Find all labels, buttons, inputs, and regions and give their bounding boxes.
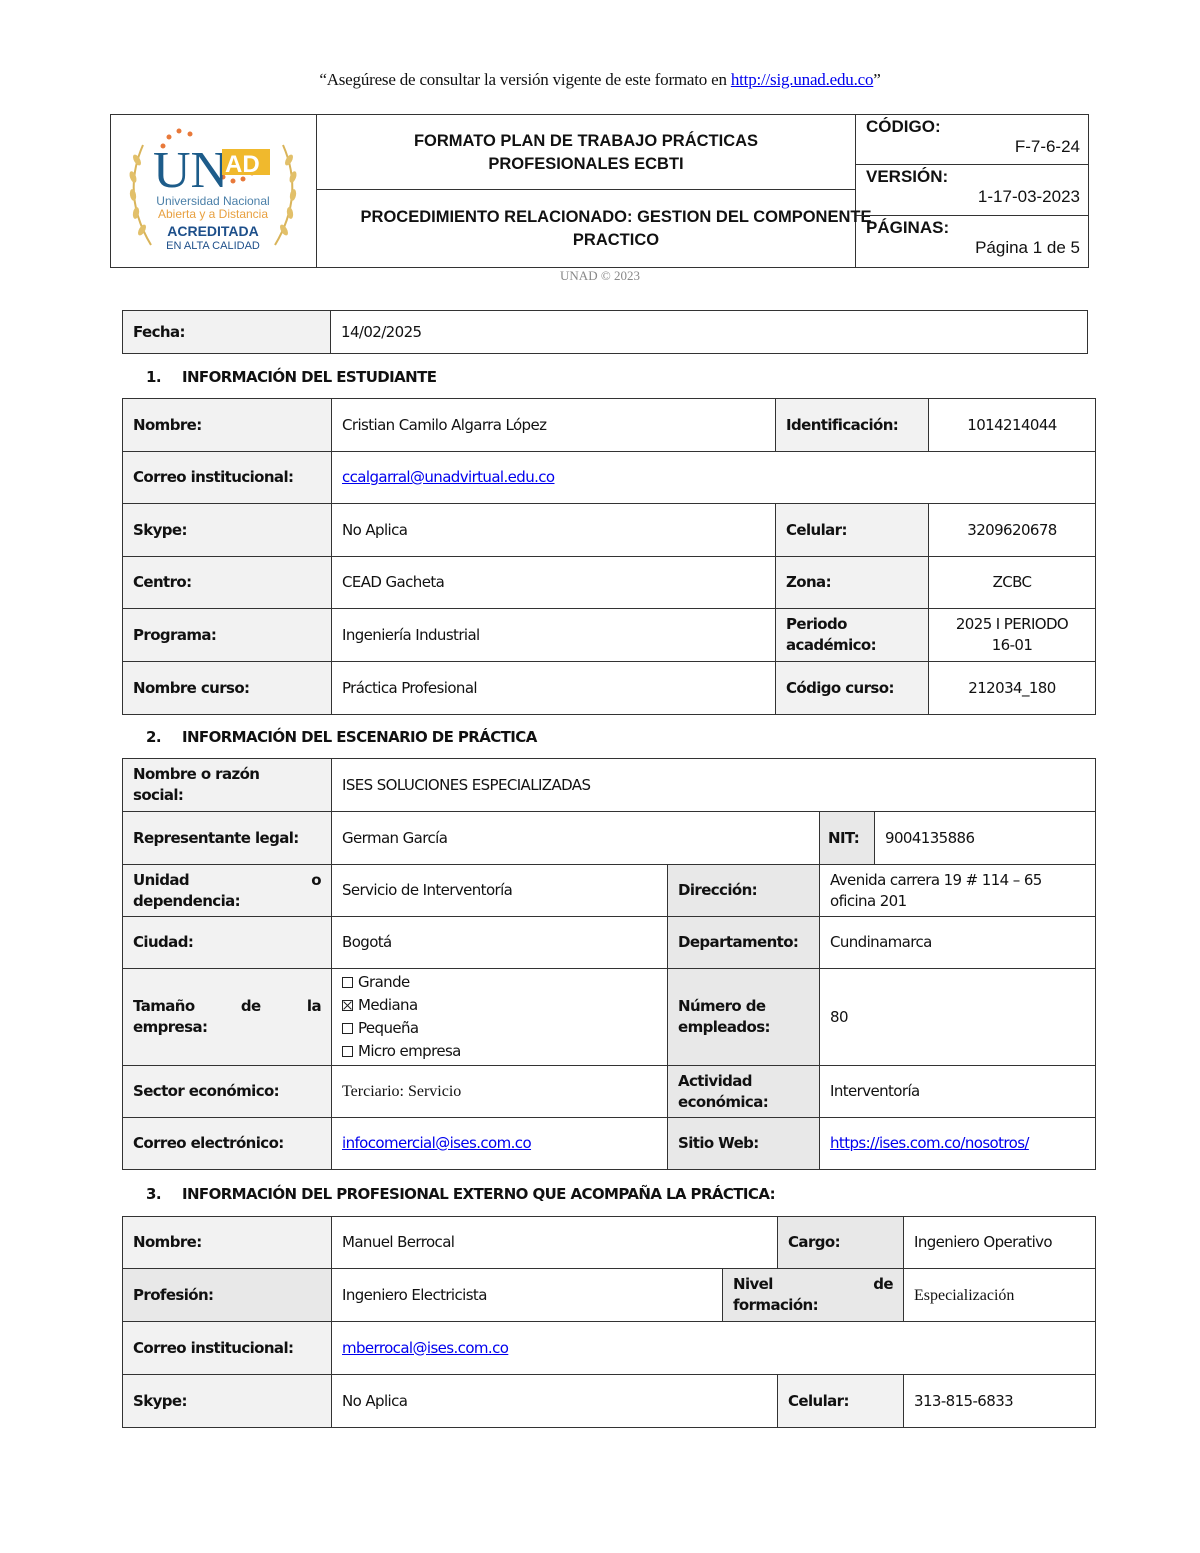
student-email-link[interactable]: ccalgarral@unadvirtual.edu.co — [342, 468, 555, 486]
copyright: UNAD © 2023 — [0, 268, 1200, 284]
unidad[interactable]: Servicio de Interventoría — [332, 865, 668, 917]
prof-skype[interactable]: No Aplica — [332, 1375, 778, 1428]
student-name-label: Nombre: — [123, 399, 332, 452]
codigo-curso[interactable]: 212034_180 — [929, 662, 1096, 715]
option-pequena[interactable]: Pequeña — [342, 1017, 657, 1040]
section-1-title: 1.INFORMACIÓN DEL ESTUDIANTE — [146, 368, 436, 386]
company-email-link[interactable]: infocomercial@ises.com.co — [342, 1134, 531, 1152]
ciudad-label: Ciudad: — [123, 917, 332, 969]
periodo[interactable]: 2025 I PERIODO16-01 — [929, 609, 1096, 662]
codigo-curso-label: Código curso: — [776, 662, 929, 715]
checkbox-pequena[interactable] — [342, 1023, 353, 1034]
razon-social[interactable]: ISES SOLUCIONES ESPECIALIZADAS — [332, 759, 1096, 812]
profesion[interactable]: Ingeniero Electricista — [332, 1269, 723, 1322]
svg-text:AD: AD — [225, 151, 260, 178]
sig-link[interactable]: http://sig.unad.edu.co — [731, 70, 873, 89]
version-cell: VERSIÓN: 1-17-03-2023 — [856, 165, 1088, 216]
sector-label: Sector económico: — [123, 1066, 332, 1118]
programa[interactable]: Ingeniería Industrial — [332, 609, 776, 662]
student-skype-label: Skype: — [123, 504, 332, 557]
external-professional-rows: Nombre: Manuel Berrocal Cargo: Ingeniero… — [122, 1216, 1096, 1428]
prof-email-link[interactable]: mberrocal@ises.com.co — [342, 1339, 508, 1357]
profesion-label: Profesión: — [123, 1269, 332, 1322]
representante-label: Representante legal: — [123, 812, 332, 865]
section-3-title: 3.INFORMACIÓN DEL PROFESIONAL EXTERNO QU… — [146, 1185, 775, 1203]
representante[interactable]: German García — [332, 812, 820, 865]
prof-phone[interactable]: 313-815-6833 — [904, 1375, 1096, 1428]
centro-label: Centro: — [123, 557, 332, 609]
svg-text:ACREDITADA: ACREDITADA — [167, 223, 259, 239]
unad-logo: UN AD Universidad Nacional Abierta y a D… — [111, 115, 317, 267]
programa-label: Programa: — [123, 609, 332, 662]
ciudad[interactable]: Bogotá — [332, 917, 668, 969]
cargo[interactable]: Ingeniero Operativo — [904, 1217, 1096, 1269]
codigo-cell: CÓDIGO: F-7-6-24 — [856, 115, 1088, 165]
departamento-label: Departamento: — [668, 917, 820, 969]
cargo-label: Cargo: — [778, 1217, 904, 1269]
direccion[interactable]: Avenida carrera 19 # 114 – 65oficina 201 — [820, 865, 1096, 917]
curso[interactable]: Práctica Profesional — [332, 662, 776, 715]
option-micro[interactable]: Micro empresa — [342, 1040, 657, 1063]
unidad-label: Unidado dependencia: — [123, 865, 332, 917]
direccion-label: Dirección: — [668, 865, 820, 917]
curso-label: Nombre curso: — [123, 662, 332, 715]
razon-social-label: Nombre o razónsocial: — [123, 759, 332, 812]
prof-name[interactable]: Manuel Berrocal — [332, 1217, 778, 1269]
nivel-label: Nivelde formación: — [723, 1269, 904, 1322]
student-id[interactable]: 1014214044 — [929, 399, 1096, 452]
prof-skype-label: Skype: — [123, 1375, 332, 1428]
student-id-label: Identificación: — [776, 399, 929, 452]
version-notice: “Asegúrese de consultar la versión vigen… — [0, 70, 1200, 90]
empleados[interactable]: 80 — [820, 969, 1096, 1066]
periodo-label: Periodoacadémico: — [776, 609, 929, 662]
company-email-label: Correo electrónico: — [123, 1118, 332, 1170]
fecha-value[interactable]: 14/02/2025 — [331, 311, 1088, 354]
option-mediana[interactable]: Mediana — [342, 994, 657, 1017]
actividad-label: Actividadeconómica: — [668, 1066, 820, 1118]
nit[interactable]: 9004135886 — [875, 812, 1096, 865]
nivel[interactable]: Especialización — [904, 1269, 1096, 1322]
actividad[interactable]: Interventoría — [820, 1066, 1096, 1118]
zona[interactable]: ZCBC — [929, 557, 1096, 609]
website-link[interactable]: https://ises.com.co/nosotros/ — [830, 1134, 1029, 1152]
tamano-label: Tamañodela empresa: — [123, 969, 332, 1066]
section-2-title: 2.INFORMACIÓN DEL ESCENARIO DE PRÁCTICA — [146, 728, 537, 746]
student-skype[interactable]: No Aplica — [332, 504, 776, 557]
zona-label: Zona: — [776, 557, 929, 609]
centro[interactable]: CEAD Gacheta — [332, 557, 776, 609]
sector[interactable]: Terciario: Servicio — [332, 1066, 668, 1118]
fecha-table: Fecha: 14/02/2025 — [122, 310, 1088, 354]
svg-text:EN ALTA CALIDAD: EN ALTA CALIDAD — [166, 240, 260, 252]
nit-label: NIT: — [820, 812, 875, 865]
student-phone-label: Celular: — [776, 504, 929, 557]
scenario-info-table: Nombre o razónsocial: ISES SOLUCIONES ES… — [122, 758, 1096, 1170]
paginas-cell: PÁGINAS: Página 1 de 5 — [856, 216, 1088, 267]
option-grande[interactable]: Grande — [342, 971, 657, 994]
website-label: Sitio Web: — [668, 1118, 820, 1170]
empleados-label: Número deempleados: — [668, 969, 820, 1066]
prof-email-label: Correo institucional: — [123, 1322, 332, 1375]
svg-text:Abierta y a Distancia: Abierta y a Distancia — [158, 207, 268, 221]
departamento[interactable]: Cundinamarca — [820, 917, 1096, 969]
student-phone[interactable]: 3209620678 — [929, 504, 1096, 557]
prof-name-label: Nombre: — [123, 1217, 332, 1269]
document-header: UN AD Universidad Nacional Abierta y a D… — [110, 114, 1089, 268]
form-title: FORMATO PLAN DE TRABAJO PRÁCTICAS PROFES… — [317, 115, 855, 190]
checkbox-grande[interactable] — [342, 977, 353, 988]
procedure-title: PROCEDIMIENTO RELACIONADO: GESTION DEL C… — [317, 190, 915, 267]
checkbox-mediana[interactable] — [342, 1000, 353, 1011]
student-email-label: Correo institucional: — [123, 452, 332, 504]
checkbox-micro[interactable] — [342, 1046, 353, 1057]
student-info-table: Nombre: Cristian Camilo Algarra López Id… — [122, 398, 1096, 715]
fecha-label: Fecha: — [123, 311, 331, 354]
svg-text:Universidad Nacional: Universidad Nacional — [156, 194, 269, 208]
prof-phone-label: Celular: — [778, 1375, 904, 1428]
tamano-options: Grande Mediana Pequeña Micro empresa — [332, 969, 668, 1066]
svg-text:UN: UN — [153, 142, 228, 199]
student-name[interactable]: Cristian Camilo Algarra López — [332, 399, 776, 452]
